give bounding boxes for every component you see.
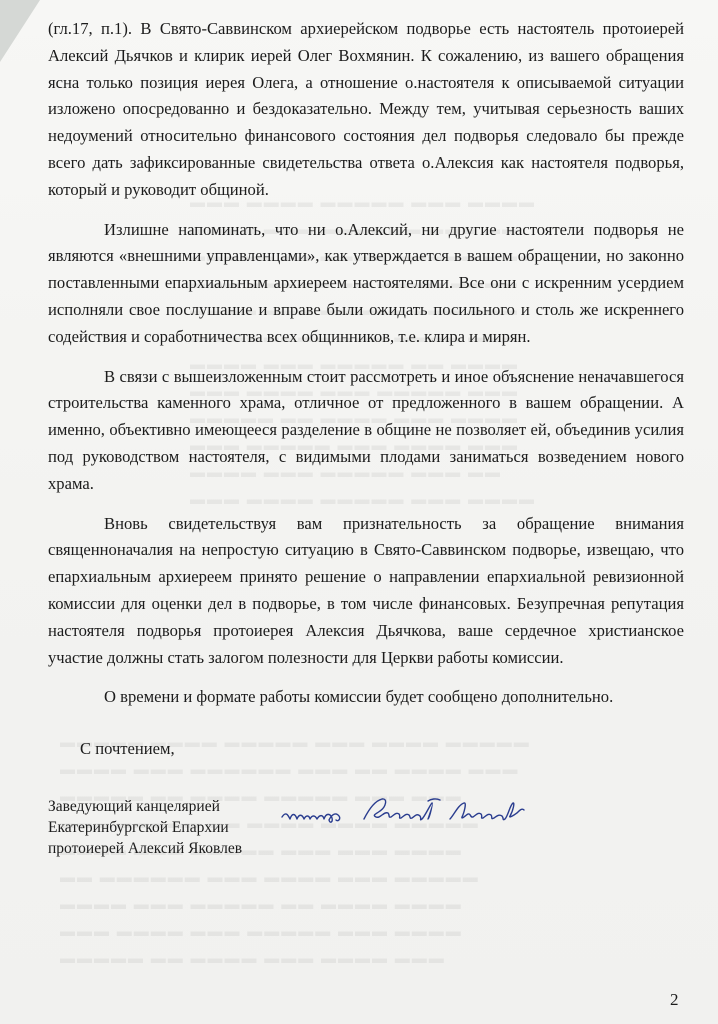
letter-body: (гл.17, п.1). В Свято-Саввинском архиере…: [48, 16, 684, 711]
document-page: ▬▬▬ ▬▬▬▬ ▬▬▬▬▬ ▬▬▬ ▬▬▬▬▬▬▬▬ ▬▬▬ ▬▬▬▬▬▬ ▬…: [0, 0, 718, 1024]
signatory-organization: Екатеринбургской Епархии: [48, 817, 242, 838]
handwritten-signature-icon: [278, 793, 588, 833]
page-number: 2: [670, 990, 679, 1010]
signatory-block: Заведующий канцелярией Екатеринбургской …: [48, 796, 242, 859]
paragraph-4: Вновь свидетельствуя вам признательность…: [48, 511, 684, 672]
paragraph-3: В связи с вышеизложенным стоит рассмотре…: [48, 364, 684, 498]
signatory-name: протоиерей Алексий Яковлев: [48, 838, 242, 859]
paragraph-1: (гл.17, п.1). В Свято-Саввинском архиере…: [48, 16, 684, 204]
paragraph-5: О времени и формате работы комиссии буде…: [48, 684, 684, 711]
scanned-page-corner-fold: [0, 0, 40, 62]
signatory-title: Заведующий канцелярией: [48, 796, 242, 817]
closing-salutation: С почтением,: [80, 739, 175, 759]
paragraph-2: Излишне напоминать, что ни о.Алексий, ни…: [48, 217, 684, 351]
